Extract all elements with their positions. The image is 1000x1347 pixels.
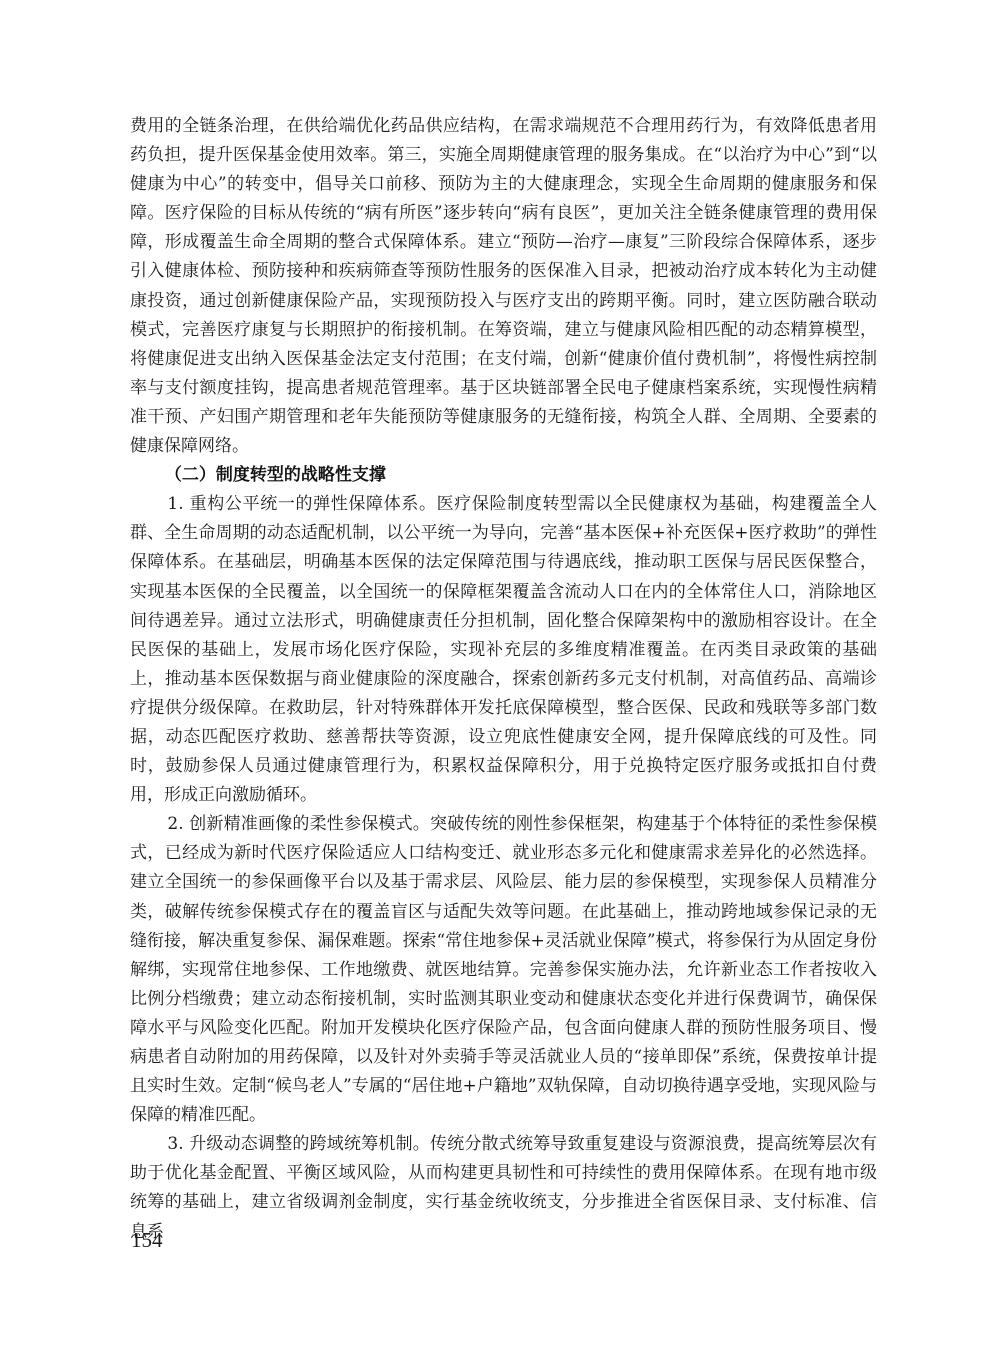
paragraph-continuation: 费用的全链条治理，在供给端优化药品供应结构，在需求端规范不合理用药行为，有效降低…: [130, 112, 877, 461]
page-number: 154: [131, 1226, 163, 1255]
text-block: 费用的全链条治理，在供给端优化药品供应结构，在需求端规范不合理用药行为，有效降低…: [130, 112, 877, 1247]
paragraph-point-1: 1. 重构公平统一的弹性保障体系。医疗保险制度转型需以全民健康权为基础，构建覆盖…: [130, 490, 877, 810]
paragraph-point-3: 3. 升级动态调整的跨域统筹机制。传统分散式统筹导致重复建设与资源浪费，提高统筹…: [130, 1130, 877, 1246]
section-heading: （二）制度转型的战略性支撑: [130, 461, 877, 490]
paragraph-point-2: 2. 创新精准画像的柔性参保模式。突破传统的刚性参保框架，构建基于个体特征的柔性…: [130, 810, 877, 1130]
document-page: 费用的全链条治理，在供给端优化药品供应结构，在需求端规范不合理用药行为，有效降低…: [0, 0, 1000, 1347]
